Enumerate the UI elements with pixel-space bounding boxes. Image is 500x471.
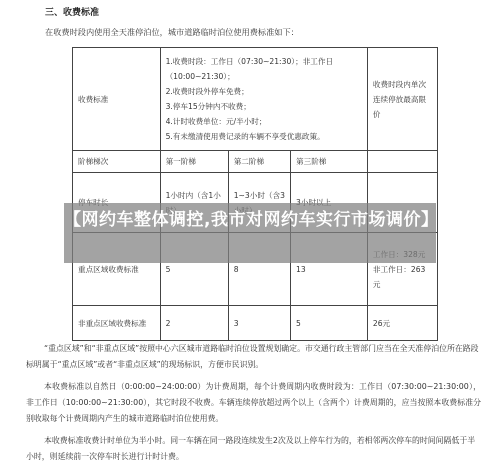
table-cell xyxy=(367,151,437,173)
overlay-title-banner: 【网约车整体调控,我市对网约车实行市场调价】 xyxy=(64,203,436,263)
row-label: 非重点区域收费标准 xyxy=(73,306,161,341)
table-cell: 26元 xyxy=(367,306,437,341)
row-label: 阶梯梯次 xyxy=(73,151,161,173)
rule-item: 5.有未缴清使用费记录的车辆不享受优惠政策。 xyxy=(166,129,362,144)
paragraph: “重点区域”和“非重点区域”按照中心六区城市道路临时泊位设置规划确定。市交通行政… xyxy=(26,341,481,373)
cap-header-cell: 收费时段内单次连续停放最高限价 xyxy=(367,48,437,151)
table-cell: 第三阶梯 xyxy=(291,151,368,173)
section-intro: 在收费时段内使用全天准停泊位，城市道路临时泊位使用费标准如下： xyxy=(45,27,299,38)
table-cell: 第二阶梯 xyxy=(228,151,290,173)
rule-item: 4.计时收费单位：元/半小时； xyxy=(166,114,362,129)
table-cell: 第一阶梯 xyxy=(160,151,228,173)
table-cell: 3 xyxy=(228,306,290,341)
table-row-standard: 收费标准 1.收费时段：工作日（07:30~21:30）；非工作日（10:00~… xyxy=(73,48,438,151)
section-heading: 三、收费标准 xyxy=(45,5,99,18)
paragraph: 本收费标准收费计时单位为半小时。同一车辆在同一路段连续发生2次及以上停车行为的，… xyxy=(26,433,481,465)
row-label: 收费标准 xyxy=(73,48,161,151)
table-cell: 2 xyxy=(160,306,228,341)
paragraph: 本收费标准以自然日（0:00:00~24:00:00）为计费周期，每个计费周期内… xyxy=(26,379,481,427)
table-row-tiers: 阶梯梯次 第一阶梯 第二阶梯 第三阶梯 xyxy=(73,151,438,173)
rule-item: 3.停车15分钟内不收费； xyxy=(166,99,362,114)
cap-nonworkday: 非工作日：263元 xyxy=(373,262,432,292)
rule-item: 1.收费时段：工作日（07:30~21:30）；非工作日（10:00~21:30… xyxy=(166,54,362,84)
table-row-non-key-area: 非重点区域收费标准 2 3 5 26元 xyxy=(73,306,438,341)
rules-cell: 1.收费时段：工作日（07:30~21:30）；非工作日（10:00~21:30… xyxy=(160,48,367,151)
fee-table: 收费标准 1.收费时段：工作日（07:30~21:30）；非工作日（10:00~… xyxy=(72,47,438,341)
table-cell: 5 xyxy=(291,306,368,341)
rule-item: 2.收费时段外停车免费； xyxy=(166,84,362,99)
